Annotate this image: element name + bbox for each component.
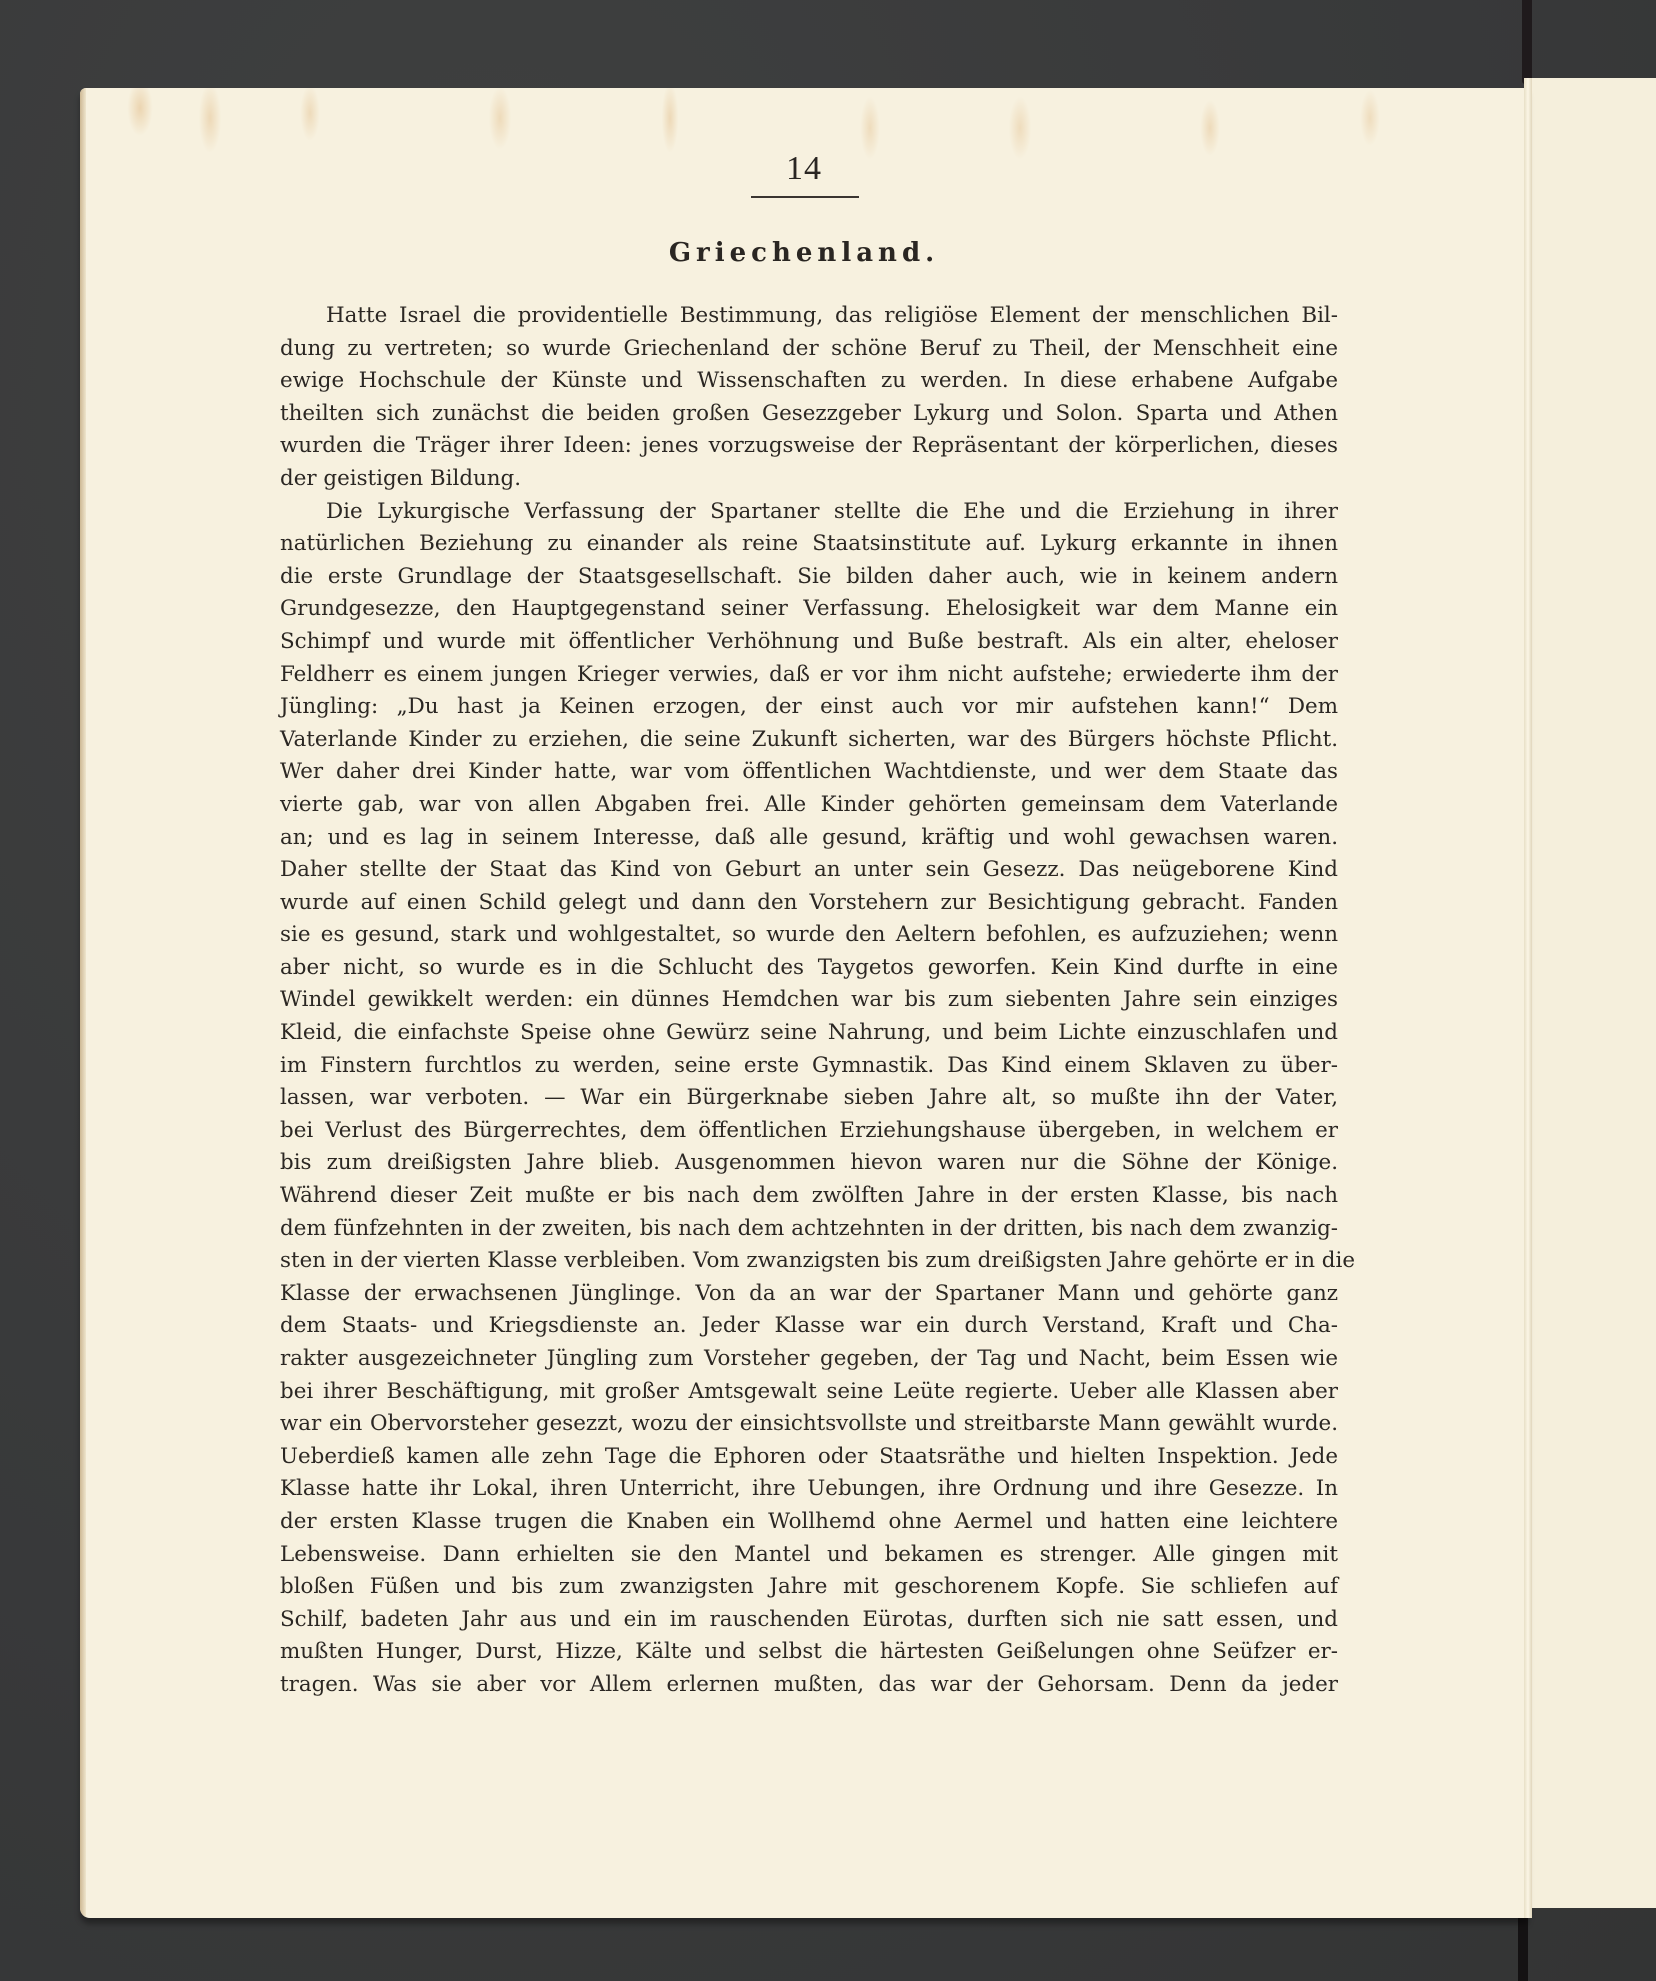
text-line: aber nicht, so wurde es in die Schlucht … xyxy=(280,952,1338,985)
text-line: bloßen Füßen und bis zum zwanzigsten Jah… xyxy=(280,1571,1338,1604)
text-line: tragen. Was sie aber vor Allem erlernen … xyxy=(280,1669,1338,1702)
book-gutter xyxy=(1524,78,1532,1918)
text-line: Während dieser Zeit mußte er bis nach de… xyxy=(280,1180,1338,1213)
text-line: Wer daher drei Kinder hatte, war vom öff… xyxy=(280,756,1338,789)
text-line: vierte gab, war von allen Abgaben frei. … xyxy=(280,789,1338,822)
text-line: rakter ausgezeichneter Jüngling zum Vors… xyxy=(280,1343,1338,1376)
text-line: Klasse hatte ihr Lokal, ihren Unterricht… xyxy=(280,1473,1338,1506)
text-line: bis zum dreißigsten Jahre blieb. Ausgeno… xyxy=(280,1147,1338,1180)
text-line: Die Lykurgische Verfassung der Spartaner… xyxy=(280,496,1338,529)
page-number: 14 xyxy=(80,150,1528,188)
text-line: bei Verlust des Bürgerrechtes, dem öffen… xyxy=(280,1115,1338,1148)
text-line: der geistigen Bildung. xyxy=(280,463,1338,496)
text-line: lassen, war verboten. — War ein Bürgerkn… xyxy=(280,1082,1338,1115)
header-rule xyxy=(751,196,859,198)
bookmark-ribbon xyxy=(1522,0,1532,84)
text-line: Schimpf und wurde mit öffentlicher Verhö… xyxy=(280,626,1338,659)
text-line: ewige Hochschule der Künste und Wissensc… xyxy=(280,365,1338,398)
text-line: natürlichen Beziehung zu einander als re… xyxy=(280,528,1338,561)
text-line: war ein Obervorsteher gesezzt, wozu der … xyxy=(280,1408,1338,1441)
paragraph-2: Die Lykurgische Verfassung der Spartaner… xyxy=(280,496,1338,1702)
book-page: 14 Griechenland. Hatte Israel die provid… xyxy=(80,88,1528,1918)
paragraph-1: Hatte Israel die providentielle Bestimmu… xyxy=(280,300,1338,496)
text-line: wurde auf einen Schild gelegt und dann d… xyxy=(280,887,1338,920)
facing-page-edge xyxy=(1530,78,1656,1908)
text-line: die erste Grundlage der Staatsgesellscha… xyxy=(280,561,1338,594)
text-line: mußten Hunger, Durst, Hizze, Kälte und s… xyxy=(280,1636,1338,1669)
text-line: Vaterlande Kinder zu erziehen, die seine… xyxy=(280,724,1338,757)
text-line: Klasse der erwachsenen Jünglinge. Von da… xyxy=(280,1278,1338,1311)
text-line: Windel gewikkelt werden: ein dünnes Hemd… xyxy=(280,984,1338,1017)
body-text: Hatte Israel die providentielle Bestimmu… xyxy=(280,300,1338,1702)
section-title: Griechenland. xyxy=(80,238,1528,268)
text-line: Schilf, badeten Jahr aus und ein im raus… xyxy=(280,1604,1338,1637)
text-line: an; und es lag in seinem Interesse, daß … xyxy=(280,822,1338,855)
text-line: im Finstern furchtlos zu werden, seine e… xyxy=(280,1050,1338,1083)
text-line: Jüngling: „Du hast ja Keinen erzogen, de… xyxy=(280,691,1338,724)
text-line: sten in der vierten Klasse verbleiben. V… xyxy=(280,1245,1338,1278)
text-line: Kleid, die einfachste Speise ohne Gewürz… xyxy=(280,1017,1338,1050)
text-line: Daher stellte der Staat das Kind von Geb… xyxy=(280,854,1338,887)
text-line: wurden die Träger ihrer Ideen: jenes vor… xyxy=(280,430,1338,463)
text-line: bei ihrer Beschäftigung, mit großer Amts… xyxy=(280,1376,1338,1409)
text-line: Lebensweise. Dann erhielten sie den Mant… xyxy=(280,1539,1338,1572)
text-line: Grundgesezze, den Hauptgegenstand seiner… xyxy=(280,593,1338,626)
text-line: der ersten Klasse trugen die Knaben ein … xyxy=(280,1506,1338,1539)
text-line: Ueberdieß kamen alle zehn Tage die Ephor… xyxy=(280,1441,1338,1474)
text-line: dung zu vertreten; so wurde Griechenland… xyxy=(280,333,1338,366)
text-line: theilten sich zunächst die beiden großen… xyxy=(280,398,1338,431)
text-line: sie es gesund, stark und wohlgestaltet, … xyxy=(280,919,1338,952)
text-line: Hatte Israel die providentielle Bestimmu… xyxy=(280,300,1338,333)
text-line: dem Staats- und Kriegsdienste an. Jeder … xyxy=(280,1310,1338,1343)
text-line: dem fünfzehnten in der zweiten, bis nach… xyxy=(280,1213,1338,1246)
text-line: Feldherr es einem jungen Krieger verwies… xyxy=(280,659,1338,692)
